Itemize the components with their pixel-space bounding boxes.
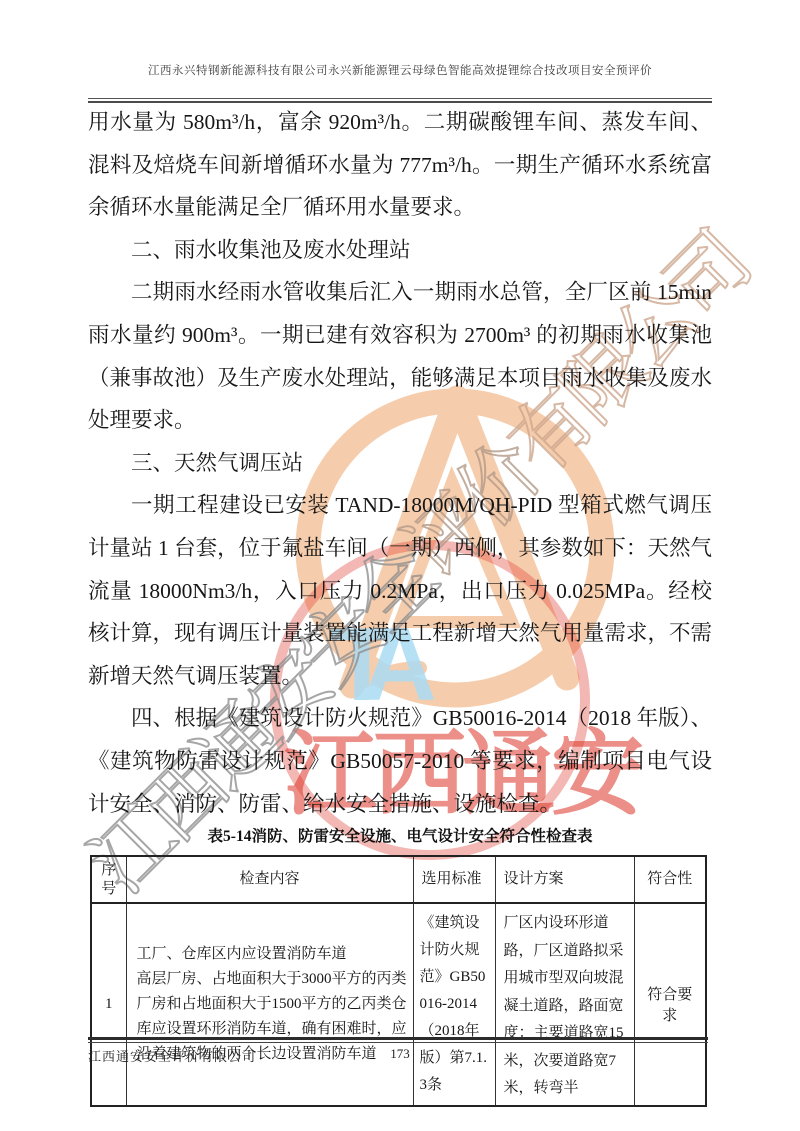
table-caption: 表5-14消防、防雷安全设施、电气设计安全符合性检查表	[88, 821, 712, 853]
paragraph-section-4: 四、根据《建筑设计防火规范》GB50016-2014（2018 年版）、《建筑物…	[88, 697, 712, 825]
cell-check-content: 工厂、仓库区内应设置消防车道 高层厂房、占地面积大于3000平方的丙类厂房和占地…	[126, 903, 413, 1106]
cell-standard: 《建筑设计防火规范》GB50016-2014（2018年版）第7.1.3条	[413, 903, 495, 1106]
body-text: 用水量为 580m³/h，富余 920m³/h。二期碳酸锂车间、蒸发车间、混料及…	[88, 101, 712, 825]
document-page: TA 江西通安 江西通安安全评价有限公司 江西永兴特钢新能源科技有限公司永兴新能…	[0, 0, 800, 1131]
column-header-no: 序号	[91, 856, 126, 903]
heading-section-3: 三、天然气调压站	[88, 442, 712, 485]
report-header-title: 江西永兴特钢新能源科技有限公司永兴新能源锂云母绿色智能高效提锂综合技改项目安全预…	[40, 62, 760, 78]
footer-rule	[88, 1037, 708, 1043]
paragraph-water-usage: 用水量为 580m³/h，富余 920m³/h。二期碳酸锂车间、蒸发车间、混料及…	[88, 101, 712, 229]
table-header-row: 序号 检查内容 选用标准 设计方案 符合性	[91, 856, 706, 903]
footer-company-name: 江西通安安全评价有限公司	[88, 1046, 256, 1065]
cell-row-number: 1	[91, 903, 126, 1106]
paragraph-rainwater: 二期雨水经雨水管收集后汇入一期雨水总管，全厂区前 15min 雨水量约 900m…	[88, 271, 712, 441]
table-row: 1 工厂、仓库区内应设置消防车道 高层厂房、占地面积大于3000平方的丙类厂房和…	[91, 903, 706, 1106]
conformity-check-table: 序号 检查内容 选用标准 设计方案 符合性 1 工厂、仓库区内应设置消防车道 高…	[90, 855, 707, 1107]
column-header-check-content: 检查内容	[126, 856, 413, 903]
column-header-conformity: 符合性	[634, 856, 706, 903]
column-header-design: 设计方案	[495, 856, 634, 903]
heading-section-2: 二、雨水收集池及废水处理站	[88, 229, 712, 272]
column-header-standard: 选用标准	[413, 856, 495, 903]
paragraph-gas-station: 一期工程建设已安装 TAND-18000M/QH-PID 型箱式燃气调压计量站 …	[88, 484, 712, 697]
cell-design-scheme: 厂区内设环形道路，厂区道路拟采用城市型双向坡混凝土道路，路面宽度：主要道路宽15…	[495, 903, 634, 1106]
cell-conformity: 符合要求	[634, 903, 706, 1106]
